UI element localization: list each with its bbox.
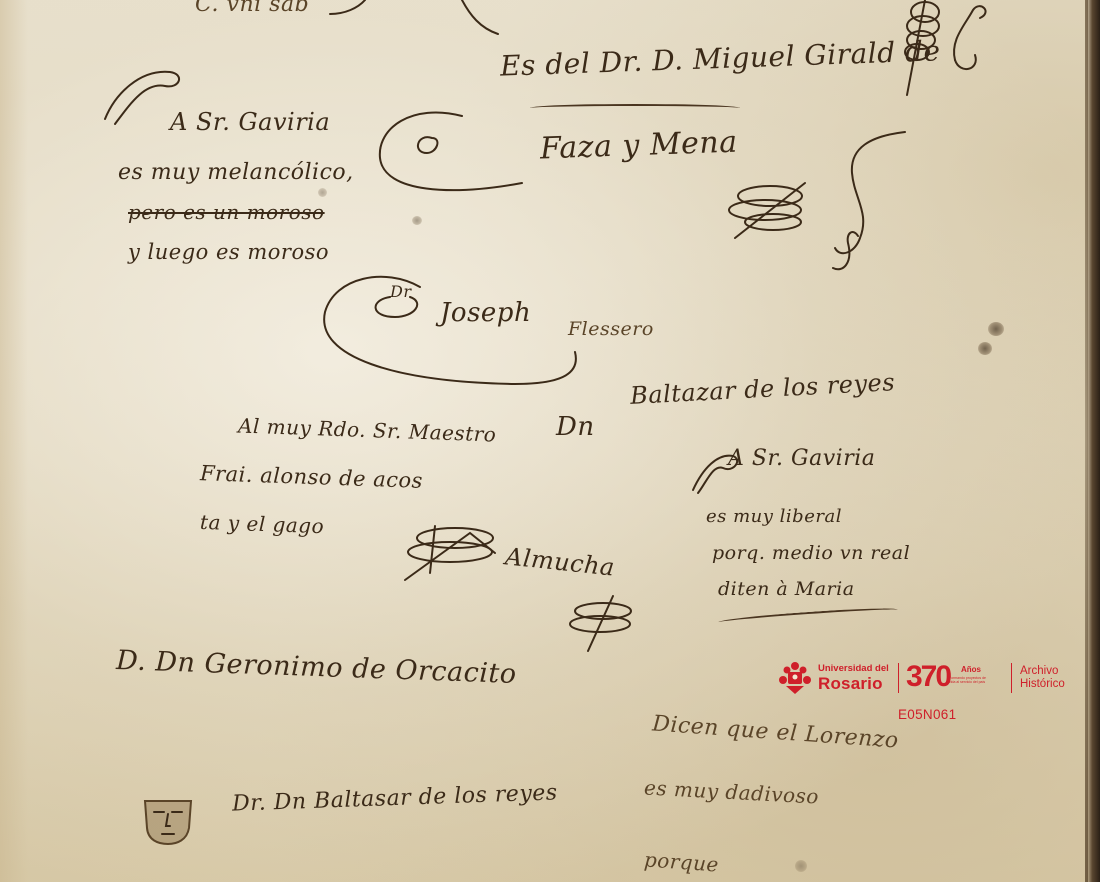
block-right-line-1: A Sr. Gaviria [728,446,875,471]
joseph-surname: Flessero [568,318,654,340]
block-right-line-3: porq. medio vn real [712,542,910,564]
block-left-1-line-4: y luego es moroso [128,240,329,264]
anniversary-number: 370 [906,661,950,693]
ink-stain [988,322,1004,336]
rubric-scribble-lower [568,596,638,656]
block-right-line-4: diten à Maria [718,578,855,600]
ink-stain [412,216,422,225]
anniversary-word: Años [961,665,981,674]
baltazar-prefix: Dn [556,412,595,442]
joseph-name: Joseph [440,298,531,328]
block-bottom-right-line-3: porque [643,847,719,876]
reference-code: E05N061 [898,707,956,722]
manuscript-line-2: Faza y Mena [539,125,738,167]
loop-flourish [372,98,552,208]
ink-stain [795,860,807,872]
block-left-1-line-2: es muy melancólico, [118,160,354,185]
logo-divider [1011,663,1012,693]
rubric-scribble-mid [725,178,815,248]
ink-stain [978,342,992,355]
rubric-scribble-center [400,518,510,588]
face-doodle-icon [142,798,194,846]
institution-name: Rosario [818,674,883,694]
underline-stroke [530,104,740,112]
manuscript-top-fragment: C. vni sab [195,0,309,17]
logo-divider [898,663,899,693]
archive-watermark: Universidad del Rosario 370 Años Formand… [778,660,1078,730]
institution-small-label: Universidad del [818,663,889,674]
anniversary-tagline: Formando proyectos de vida al servicio d… [949,676,991,684]
small-flourish [828,228,868,278]
archive-line-1: Archivo [1020,665,1065,678]
university-crest-icon [778,660,812,696]
archive-line-2: Histórico [1020,678,1065,691]
ink-stain [318,188,327,197]
right-page-edge [1086,0,1100,882]
top-center-flourish [460,0,500,40]
joseph-prefix: Dr [390,282,411,301]
block-left-2-line-3: ta y el gago [200,510,325,538]
block-left-1-struck-line: pero es un moroso [128,200,325,224]
rubric-scribble-top [895,0,985,100]
block-right-line-2: es muy liberal [706,506,842,527]
block-left-1-line-1: A Sr. Gaviria [170,108,330,136]
joseph-loop-flourish [315,262,585,402]
top-flourish [330,0,370,20]
archive-label: Archivo Histórico [1020,665,1065,691]
left-margin-shading [0,0,28,882]
